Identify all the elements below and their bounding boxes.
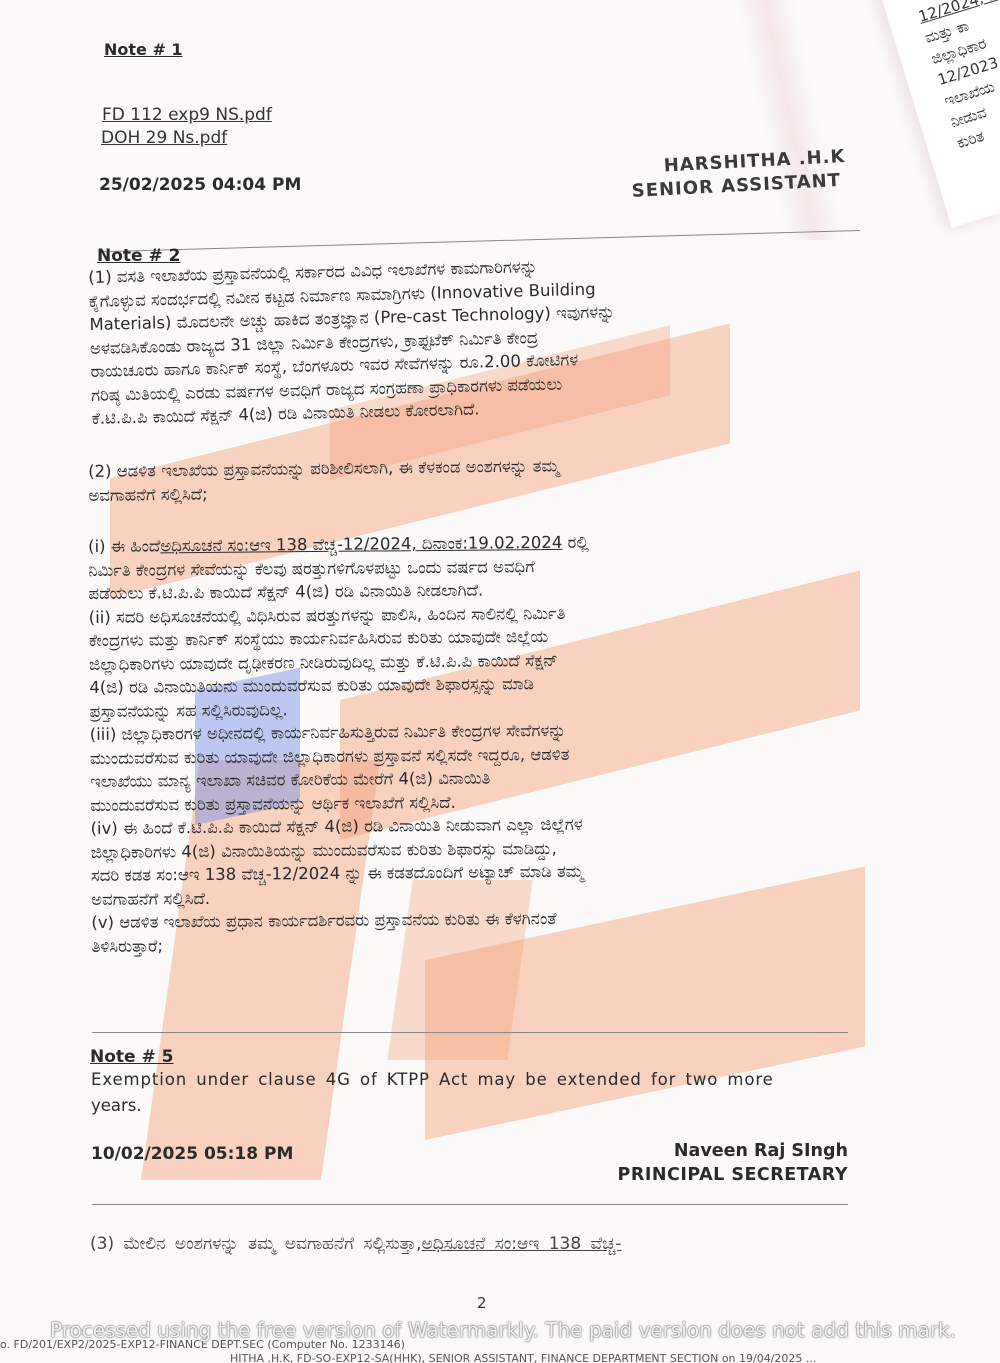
- note1-heading: Note # 1: [104, 40, 183, 59]
- attachment-link[interactable]: FD 112 exp9 NS.pdf: [102, 105, 272, 125]
- note2-paragraph-1: (1) ವಸತಿ ಇಲಾಖೆಯ ಪ್ರಸ್ತಾವನೆಯಲ್ಲಿ ಸರ್ಕಾರದ …: [88, 247, 867, 430]
- notification-reference: ಅಧಿಸೂಚನೆ ಸಂ:ಆಇ 138 ವೆಚ್ಚ-: [422, 1234, 622, 1254]
- note2-item-i: (i) ಈ ಹಿಂದೆಅಧಿಸೂಚನೆ ಸಂ:ಆಇ 138 ವೆಚ್ಚ-12/2…: [88, 528, 867, 958]
- note5-body: years.: [91, 1096, 142, 1115]
- note2-heading: Note # 2: [97, 246, 180, 266]
- notification-reference: ಅಧಿಸೂಚನೆ ಸಂ:ಆಇ 138 ವೆಚ್ಚ-12/2024, ದಿನಾಂಕ…: [160, 533, 562, 556]
- attachment-link[interactable]: DOH 29 Ns.pdf: [101, 128, 227, 148]
- note5-body: Exemption under clause 4G of KTPP Act ma…: [91, 1070, 774, 1089]
- paragraph-3-prefix: (3) ಮೇಲಿನ ಅಂಶಗಳನ್ನು ತಮ್ಮ ಅವಗಾಹನೆಗೆ ಸಲ್ಲಿ…: [90, 1234, 422, 1254]
- divider: [92, 1204, 848, 1205]
- watermark-notice: Processed using the free version of Wate…: [50, 1318, 956, 1342]
- note1-timestamp: 25/02/2025 04:04 PM: [99, 175, 301, 195]
- side-sheet: 12/2024, ದಿ ಮತ್ತು ಕಾ ಜಿಲ್ಲಾಧಿಕಾರ 12/2023…: [870, 0, 1000, 228]
- item-i-suffix: ರಲ್ಲಿ: [562, 533, 589, 552]
- item-i-prefix: (i) ಈ ಹಿಂದೆ: [88, 536, 160, 556]
- note2-paragraph-2: (2) ಆಡಳಿತ ಇಲಾಖೆಯ ಪ್ರಸ್ತಾವನೆಯನ್ನು ಪರಿಶೀಲಿ…: [88, 451, 864, 507]
- generated-by-line: HITHA .H.K, FD-SO-EXP12-SA(HHK), SENIOR …: [230, 1352, 816, 1363]
- paper-fold-shadow: [734, 0, 845, 240]
- divider: [100, 230, 860, 252]
- divider: [92, 1032, 848, 1033]
- note5-signatory-name: Naveen Raj SIngh: [674, 1141, 848, 1161]
- paragraph-3: (3) ಮೇಲಿನ ಅಂಶಗಳನ್ನು ತಮ್ಮ ಅವಗಾಹನೆಗೆ ಸಲ್ಲಿ…: [90, 1234, 622, 1254]
- note5-heading: Note # 5: [90, 1047, 173, 1067]
- page-number: 2: [477, 1294, 487, 1312]
- document-page: 12/2024, ದಿ ಮತ್ತು ಕಾ ಜಿಲ್ಲಾಧಿಕಾರ 12/2023…: [0, 0, 1000, 1363]
- side-sheet-line: ಕುರಿತ: [955, 127, 986, 152]
- note5-signatory-title: PRINCIPAL SECRETARY: [618, 1165, 848, 1185]
- note5-timestamp: 10/02/2025 05:18 PM: [91, 1144, 293, 1164]
